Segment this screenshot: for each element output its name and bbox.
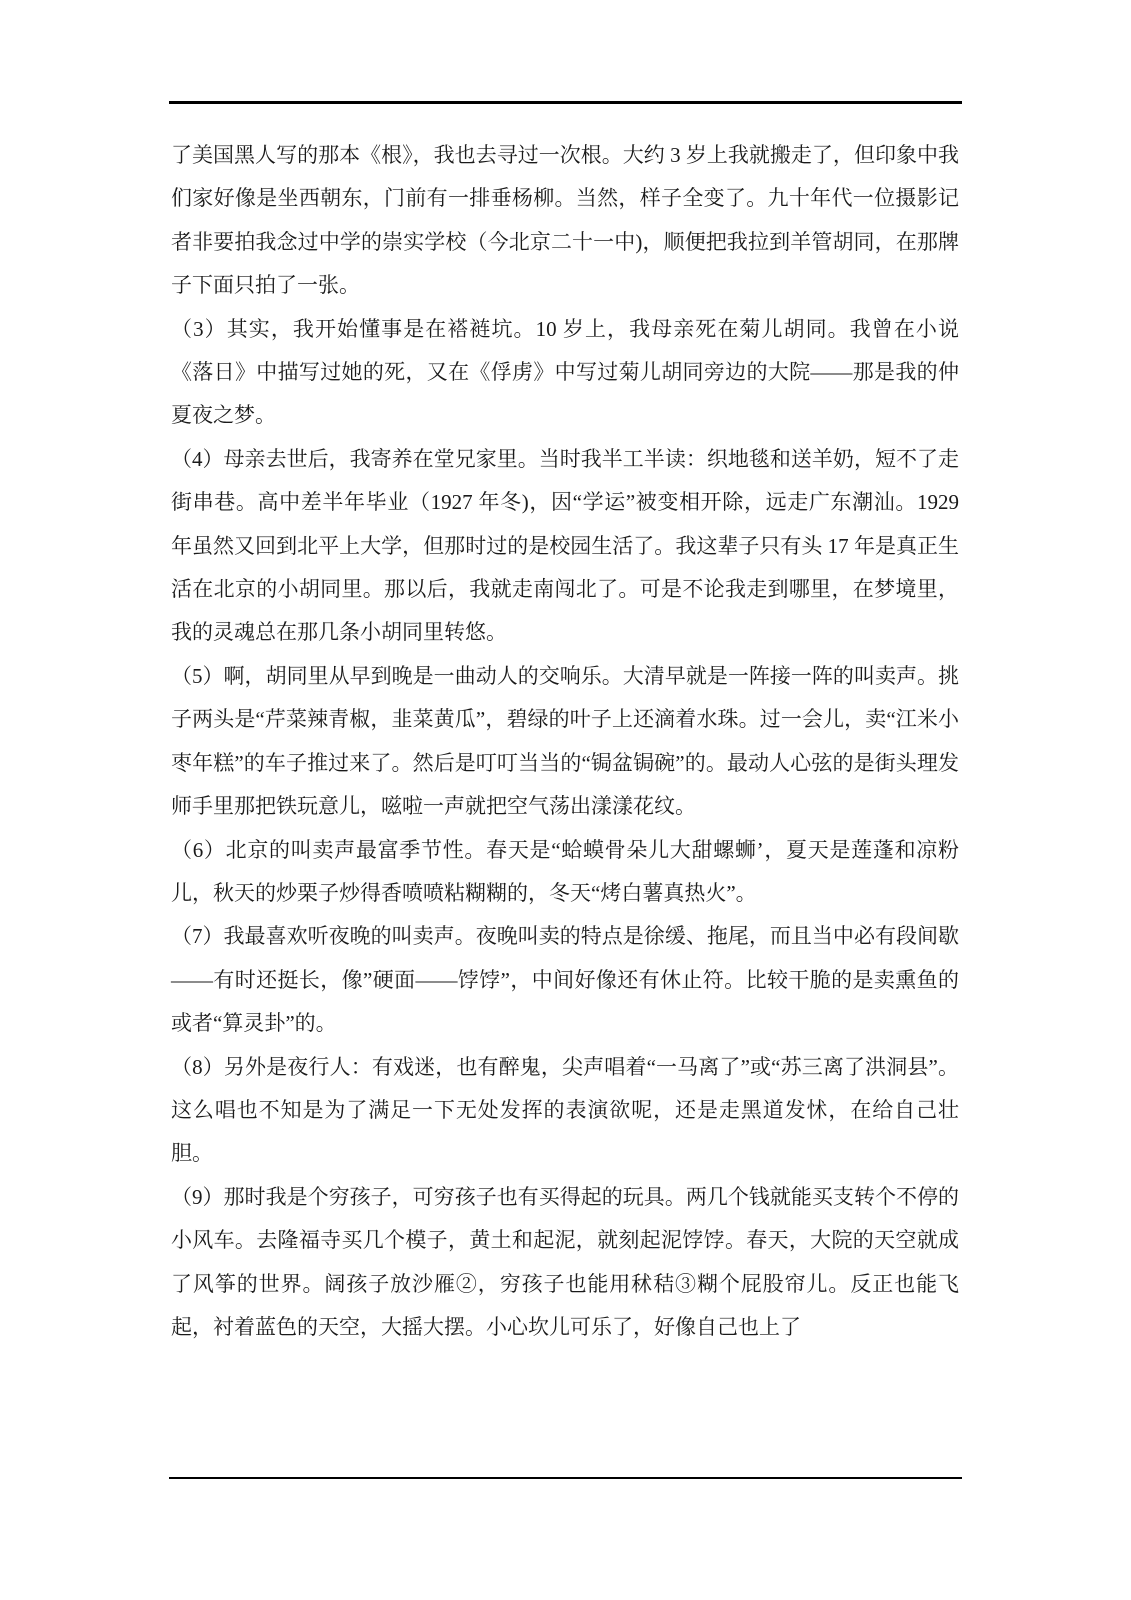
paragraph-continuation: 了美国黑人写的那本《根》，我也去寻过一次根。大约 3 岁上我就搬走了，但印象中我… bbox=[171, 134, 959, 308]
paragraph-3: （3）其实，我开始懂事是在褡裢坑。10 岁上，我母亲死在菊儿胡同。我曾在小说《落… bbox=[171, 308, 959, 438]
paragraph-7: （7）我最喜欢听夜晚的叫卖声。夜晚叫卖的特点是徐缓、拖尾，而且当中必有段间歇——… bbox=[171, 915, 959, 1045]
header-rule bbox=[169, 101, 962, 104]
document-body: 了美国黑人写的那本《根》，我也去寻过一次根。大约 3 岁上我就搬走了，但印象中我… bbox=[171, 134, 959, 1349]
paragraph-5: （5）啊，胡同里从早到晚是一曲动人的交响乐。大清早就是一阵接一阵的叫卖声。挑子两… bbox=[171, 655, 959, 829]
paragraph-6: （6）北京的叫卖声最富季节性。春天是“蛤蟆骨朵儿大甜螺蛳’，夏天是莲蓬和凉粉儿，… bbox=[171, 829, 959, 916]
footer-rule bbox=[169, 1477, 962, 1479]
paragraph-9: （9）那时我是个穷孩子，可穷孩子也有买得起的玩具。两几个钱就能买支转个不停的小风… bbox=[171, 1176, 959, 1350]
paragraph-8: （8）另外是夜行人：有戏迷，也有醉鬼，尖声唱着“一马离了”或“苏三离了洪洞县”。… bbox=[171, 1046, 959, 1176]
document-page: 了美国黑人写的那本《根》，我也去寻过一次根。大约 3 岁上我就搬走了，但印象中我… bbox=[0, 0, 1131, 1600]
paragraph-4: （4）母亲去世后，我寄养在堂兄家里。当时我半工半读：织地毯和送羊奶，短不了走街串… bbox=[171, 438, 959, 655]
